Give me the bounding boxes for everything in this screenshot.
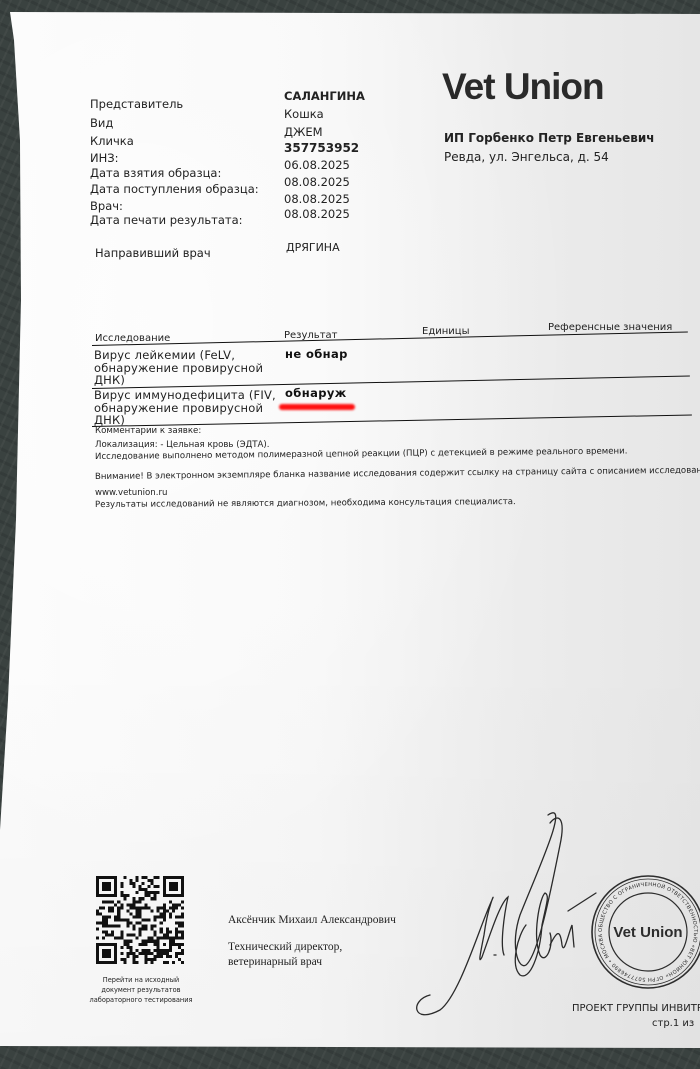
company-stamp: ОБЩЕСТВО С ОГРАНИЧЕННОЙ ОТВЕТСТВЕННОСТЬЮ… [588,872,700,992]
signer-title-line2: ветеринарный врач [228,956,322,968]
label-doctor: Врач: [90,199,123,213]
stamp-center-text: Vet Union [613,924,682,941]
vet-union-logo: Vet Union [442,66,604,108]
clinic-address: Ревда, ул. Энгельса, д. 54 [444,150,609,164]
qr-caption: Перейти на исходный документ результатов… [86,975,196,1005]
row-test-name: Вирус лейкемии (FeLV, обнаружение провир… [94,349,284,387]
table-header-divider [92,331,688,346]
label-pet-name: Кличка [90,134,134,148]
value-received-date: 08.08.2025 [284,175,350,189]
clinic-name: ИП Горбенко Петр Евгеньевич [444,131,654,145]
handwritten-signature [400,805,600,1030]
value-pet-name: ДЖЕМ [284,125,323,139]
row-test-name: Вирус иммунодефицита (FIV, обнаружение п… [94,389,284,427]
value-representative: САЛАНГИНА [284,89,365,103]
note-comments-heading: Комментарии к заявке: [95,426,201,436]
note-localization: Локализация: - Цельная кровь (ЭДТА). [95,440,270,450]
red-highlight-underline [279,404,355,410]
signer-title-line1: Технический директор, [228,941,342,953]
value-print-date: 08.08.2025 [284,207,350,221]
value-doctor: 08.08.2025 [284,192,350,206]
header-test: Исследование [95,333,170,344]
qr-code[interactable] [96,876,184,964]
value-species: Кошка [284,107,324,121]
label-referring-doctor: Направивший врач [95,246,211,260]
value-order-number: 357753952 [284,141,359,155]
value-referring-doctor: ДРЯГИНА [286,241,340,254]
page-number: стр.1 из [652,1018,694,1029]
label-sample-date: Дата взятия образца: [90,166,221,180]
label-species: Вид [90,116,113,130]
value-sample-date: 06.08.2025 [284,158,350,172]
note-disclaimer: Результаты исследований не являются диаг… [95,497,516,510]
label-received-date: Дата поступления образца: [90,182,259,196]
project-footer: ПРОЕКТ ГРУППЫ ИНВИТРО [572,1003,700,1014]
note-attention: Внимание! В электронном экземпляре бланк… [95,466,700,482]
label-order-number: ИНЗ: [90,151,119,165]
label-print-date: Дата печати результата: [90,213,243,227]
label-representative: Представитель [90,97,183,111]
website-link[interactable]: www.vetunion.ru [95,488,167,498]
row-result: не обнар [285,347,348,361]
signer-name: Аксёнчик Михаил Александрович [228,914,396,926]
row-result: обнаруж [285,386,347,400]
header-units: Единицы [422,326,469,337]
report-sheet: Представитель САЛАНГИНА Вид Кошка Кличка… [0,0,700,1069]
